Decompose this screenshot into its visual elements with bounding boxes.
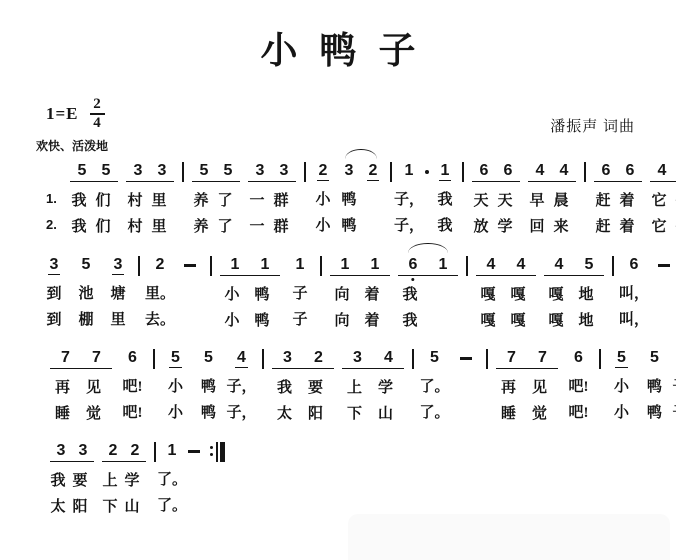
notes: 5 — [606, 349, 637, 368]
beamed-notes: 55 — [192, 162, 240, 182]
note: 6 — [398, 256, 428, 275]
notes: 6 — [619, 256, 676, 275]
note-number: 2 — [107, 442, 120, 460]
notes: 1 — [161, 442, 205, 461]
lyric-syllable: 早 — [525, 191, 549, 212]
lyric-line-2: 到 — [39, 310, 69, 331]
lyric-syllable: 下 — [339, 404, 370, 425]
note: 7 — [496, 349, 527, 368]
beamed-notes: 55 — [70, 162, 118, 182]
lyric-syllable: 鸭 — [247, 311, 277, 332]
beamed-notes: 44 — [528, 162, 576, 182]
dash-note — [175, 256, 205, 275]
lyric-syllable: 睡 — [47, 404, 78, 425]
notes: 6 — [563, 349, 594, 368]
tempo-marking: 欢快、活泼地 — [36, 137, 108, 154]
lyric-syllable: 一 — [245, 217, 269, 238]
note-number: 6 — [572, 349, 585, 367]
beamed-notes: 34 — [342, 349, 404, 369]
lyric-syllable: 小 — [606, 377, 637, 398]
note-group: 5鸭鸭 — [193, 349, 224, 424]
note: 1 — [397, 162, 421, 181]
note-number: 5 — [76, 162, 89, 180]
beamed-notes: 77 — [496, 349, 558, 369]
lyric-line-1: 鸭 — [193, 377, 224, 398]
barline — [612, 256, 614, 276]
lyric-line-2: 鸭 — [337, 216, 385, 237]
lyric-line-2: 子 — [285, 310, 315, 331]
note: 7 — [81, 349, 112, 368]
lyric-line-1: 小 — [311, 190, 335, 211]
note-number: 3 — [77, 442, 90, 460]
lyric-syllable: 上 — [339, 378, 370, 399]
dash-note — [450, 349, 481, 368]
lyric-line-2: 村里 — [123, 217, 177, 238]
notation-system-4: 33我要太阳22上学下山1了。了。 — [46, 442, 225, 518]
notes: 32 — [337, 162, 385, 181]
lyric-line-1: 池 — [71, 284, 101, 305]
lyric-syllable: 山 — [121, 497, 143, 518]
note: 5 — [192, 162, 216, 181]
notes: 11 — [397, 162, 457, 181]
lyric-syllable — [175, 284, 205, 305]
beamed-notes: 66 — [594, 162, 642, 182]
lyric-syllable: 小 — [311, 216, 335, 237]
lyric-line-2: 里 — [103, 310, 133, 331]
note-number: 3 — [55, 442, 68, 460]
note: 3 — [272, 162, 296, 181]
lyric-line-1: 再见 — [493, 378, 561, 399]
note: 2 — [102, 442, 124, 461]
lyric-syllable: 鸭 — [639, 377, 670, 398]
lyric-line-1: 小鸭 — [217, 285, 283, 306]
lyric-syllable: 村 — [123, 217, 147, 238]
lyric-line-1: 子 — [285, 284, 315, 305]
note-number: 3 — [278, 162, 291, 180]
dash-note — [649, 256, 676, 275]
lyric-syllable: 着 — [615, 217, 639, 238]
lyric-syllable: 嘎 — [541, 285, 571, 306]
note-group: 5小小 — [160, 349, 191, 424]
lyric-line-2: 放学 — [469, 217, 523, 238]
lyric-syllable: 天 — [493, 191, 517, 212]
lyric-line-2: 我们 — [67, 217, 121, 238]
lyric-line-2: 下山 — [99, 497, 149, 518]
lyric-syllable: 子， — [226, 377, 257, 398]
note: 2 — [361, 162, 385, 181]
lyric-syllable — [450, 377, 481, 398]
lyric-syllable: 向 — [327, 285, 357, 306]
note-group: 32我要太阳 — [269, 349, 337, 425]
lyric-line-1: 村里 — [123, 191, 177, 212]
notes: 4 — [226, 349, 257, 368]
lyric-syllable: 里。 — [145, 284, 175, 305]
note-group: 55养了养了 — [189, 162, 243, 238]
lyric-syllable: 一 — [245, 191, 269, 212]
lyric-syllable: 学 — [370, 378, 401, 399]
note: 4 — [528, 162, 552, 181]
lyric-line-2: 太阳 — [47, 497, 97, 518]
note-number: 3 — [343, 162, 356, 180]
note-group: 44早晨回来 — [525, 162, 579, 238]
lyric-syllable — [450, 403, 481, 424]
note-number: 2 — [312, 349, 325, 367]
lyric-line-1: 养了 — [189, 191, 243, 212]
note-number: 5 — [222, 162, 235, 180]
notes: 2 — [311, 162, 335, 181]
barline — [599, 349, 601, 369]
note-group: 61我我 — [395, 256, 461, 332]
lyric-line-2: 棚 — [71, 310, 101, 331]
lyric-syllable: 池 — [71, 284, 101, 305]
lyric-syllable: 见 — [524, 378, 555, 399]
note-group: 1子子 — [285, 256, 315, 331]
note-number: 6 — [600, 162, 613, 180]
note: 2 — [311, 162, 335, 181]
lyric-syllable: 见 — [78, 378, 109, 399]
barline — [153, 349, 155, 369]
lyric-line-2: 小 — [160, 403, 191, 424]
lyric-line-2: 叫， — [619, 310, 676, 331]
notes: 5 — [639, 349, 670, 368]
note-number: 3 — [254, 162, 267, 180]
lyric-syllable: 它 — [647, 191, 671, 212]
lyric-syllable: 上 — [99, 471, 121, 492]
lyric-syllable — [425, 285, 455, 306]
lyric-line-1: 里。 — [145, 284, 205, 305]
note: 2 — [124, 442, 146, 461]
barline — [462, 162, 464, 182]
lyric-syllable: 棚 — [71, 310, 101, 331]
note: 3 — [39, 256, 69, 275]
note-number: 1 — [437, 256, 450, 274]
note-group: 1了。了。 — [161, 442, 205, 517]
note: 3 — [342, 349, 373, 368]
note-group: 5小小 — [606, 349, 637, 424]
note-group: 55我们我们 — [67, 162, 121, 238]
lyric-syllable: 子， — [397, 190, 421, 211]
note-group: 2小小 — [311, 162, 335, 237]
note-group: 77再见睡觉 — [493, 349, 561, 425]
lyric-syllable: 鸭 — [337, 190, 361, 211]
lyric-syllable: 学 — [121, 471, 143, 492]
lyric-line-2: 去。 — [145, 310, 205, 331]
barline — [320, 256, 322, 276]
note: 6 — [563, 349, 594, 368]
lyric-line-2: 嘎嘎 — [473, 311, 539, 332]
scan-artifact — [348, 514, 670, 560]
note-number: 3 — [132, 162, 145, 180]
lyric-line-2: 回来 — [525, 217, 579, 238]
lyric-line-1: 塘 — [103, 284, 133, 305]
lyric-syllable: 我 — [67, 191, 91, 212]
lyric-line-1: 小 — [606, 377, 637, 398]
notation-system-2: 3到到5池棚3塘里2里。去。11小鸭小鸭1子子11向着向着61我我44嘎嘎嘎嘎4… — [38, 256, 676, 332]
beamed-notes: 33 — [50, 442, 94, 462]
barline — [210, 256, 212, 276]
lyric-syllable: 们 — [671, 217, 676, 238]
beamed-notes: 33 — [248, 162, 296, 182]
barline — [390, 162, 392, 182]
lyric-syllable: 向 — [327, 311, 357, 332]
lyric-line-1: 了。 — [419, 377, 481, 398]
note-number: 6 — [502, 162, 515, 180]
thin-barline — [216, 442, 218, 462]
note: 2 — [145, 256, 175, 275]
note-group: 34上学下山 — [339, 349, 407, 425]
lyric-syllable: 鸭 — [193, 403, 224, 424]
lyric-syllable — [425, 311, 455, 332]
note: 4 — [506, 256, 536, 275]
dash-glyph — [658, 264, 670, 267]
note: 4 — [373, 349, 404, 368]
lyric-line-1: 上学 — [99, 471, 149, 492]
lyric-syllable: 小 — [311, 190, 335, 211]
lyric-line-2: 它们 — [647, 217, 676, 238]
beamed-notes: 11 — [220, 256, 280, 276]
note: 1 — [433, 162, 457, 181]
dot-glyph — [425, 170, 429, 174]
note-group: 6吧!吧! — [563, 349, 594, 424]
note-number: 4 — [485, 256, 498, 274]
beamed-notes: 44 — [650, 162, 676, 182]
note-number: 4 — [235, 349, 248, 368]
note-group: 6吧!吧! — [117, 349, 148, 424]
note-group: 3塘里 — [103, 256, 133, 331]
barline — [304, 162, 306, 182]
note: 4 — [544, 256, 574, 275]
note-number: 2 — [367, 162, 380, 181]
note-number: 1 — [166, 442, 179, 460]
note-number: 3 — [156, 162, 169, 180]
dash-glyph — [184, 264, 196, 267]
lyric-syllable — [421, 216, 433, 237]
lyric-line-1: 再见 — [47, 378, 115, 399]
barline — [182, 162, 184, 182]
lyric-line-1: 鸭 — [639, 377, 670, 398]
slur — [345, 149, 377, 159]
lyric-syllable: 们 — [91, 217, 115, 238]
lyric-line-1: 子， — [672, 377, 676, 398]
lyric-line-2: 嘎地 — [541, 311, 607, 332]
notation-system-1: 55我们我们33村里村里55养了养了33一群一群2小小32鸭鸭11子，我子，我6… — [66, 162, 676, 238]
lyric-syllable: 我 — [433, 190, 457, 211]
note: 4 — [476, 256, 506, 275]
notes: 6 — [117, 349, 148, 368]
barline — [138, 256, 140, 276]
lyric-syllable — [175, 310, 205, 331]
notes: 3 — [39, 256, 69, 275]
notes: 5 — [160, 349, 191, 368]
lyric-line-1: 小 — [160, 377, 191, 398]
key-signature: 1=E — [46, 104, 79, 124]
lyric-syllable: 小 — [160, 403, 191, 424]
lyric-syllable: 吧! — [117, 403, 148, 424]
note-group: 45嘎地嘎地 — [541, 256, 607, 332]
lyric-line-1: 它们 — [647, 191, 676, 212]
note: 3 — [248, 162, 272, 181]
lyric-syllable: 晨 — [549, 191, 573, 212]
lyric-syllable: 鸭 — [193, 377, 224, 398]
lyric-line-2: 下山 — [339, 404, 407, 425]
lyric-syllable: 着 — [357, 285, 387, 306]
note-number: 6 — [126, 349, 139, 367]
note-group: 33村里村里 — [123, 162, 177, 238]
lyric-syllable: 养 — [189, 191, 213, 212]
note-group: 5了。了。 — [419, 349, 481, 424]
lyric-line-1: 向着 — [327, 285, 393, 306]
lyric-line-1: 我们 — [67, 191, 121, 212]
note-number: 5 — [583, 256, 596, 274]
note: 5 — [160, 349, 191, 368]
note-number: 5 — [169, 349, 182, 368]
note-number: 4 — [534, 162, 547, 180]
lyric-line-1: 叫， — [619, 284, 676, 305]
note-group: 5鸭鸭 — [639, 349, 670, 424]
repeat-end-barline — [210, 442, 225, 462]
lyric-syllable: 们 — [671, 191, 676, 212]
lyric-line-2: 小鸭 — [217, 311, 283, 332]
lyric-syllable: 要 — [69, 471, 91, 492]
note: 7 — [50, 349, 81, 368]
note: 3 — [103, 256, 133, 275]
note: 5 — [606, 349, 637, 368]
note-number: 5 — [198, 162, 211, 180]
note-number: 1 — [259, 256, 272, 274]
thick-barline — [220, 442, 225, 462]
lyric-syllable: 群 — [269, 191, 293, 212]
note-number: 3 — [48, 256, 61, 275]
lyric-syllable: 了。 — [419, 377, 450, 398]
note: 6 — [618, 162, 642, 181]
note-group: 77再见睡觉 — [47, 349, 115, 425]
beamed-notes: 11 — [330, 256, 390, 276]
lyric-syllable — [183, 496, 205, 517]
note: 5 — [193, 349, 224, 368]
lyric-syllable: 嘎 — [503, 311, 533, 332]
note-group: 3到到 — [39, 256, 69, 331]
lyric-syllable: 里 — [147, 191, 171, 212]
note: 6 — [496, 162, 520, 181]
lyric-syllable: 子， — [672, 403, 676, 424]
lyric-line-1: 子，我 — [397, 190, 457, 211]
note: 5 — [574, 256, 604, 275]
note-number: 5 — [100, 162, 113, 180]
beamed-notes: 77 — [50, 349, 112, 369]
lyric-syllable: 觉 — [78, 404, 109, 425]
lyric-syllable: 回 — [525, 217, 549, 238]
note-number: 6 — [628, 256, 641, 274]
note-number: 6 — [407, 256, 420, 274]
low-octave-dot — [411, 278, 414, 281]
lyric-line-1: 赶着 — [591, 191, 645, 212]
lyric-syllable: 它 — [647, 217, 671, 238]
note: 4 — [650, 162, 674, 181]
lyric-syllable: 吧! — [117, 377, 148, 398]
lyric-syllable: 觉 — [524, 404, 555, 425]
note-number: 2 — [317, 162, 330, 181]
composer-credit: 潘振声 词曲 — [550, 115, 635, 136]
note: 5 — [419, 349, 450, 368]
barline — [584, 162, 586, 182]
notes: 3 — [103, 256, 133, 275]
lyric-line-2: 小 — [606, 403, 637, 424]
repeat-dot — [210, 446, 213, 449]
note: 6 — [619, 256, 649, 275]
lyric-syllable: 们 — [91, 191, 115, 212]
note-number: 1 — [229, 256, 242, 274]
notes: 5 — [193, 349, 224, 368]
lyric-line-2: 了。 — [419, 403, 481, 424]
note-group: 66天天放学 — [469, 162, 523, 238]
note-number: 4 — [382, 349, 395, 367]
lyric-syllable: 着 — [615, 191, 639, 212]
lyric-syllable: 嘎 — [503, 285, 533, 306]
lyric-syllable — [183, 470, 205, 491]
lyric-line-2: 太阳 — [269, 404, 337, 425]
note-number: 4 — [656, 162, 669, 180]
lyric-syllable: 我 — [395, 285, 425, 306]
note-number: 4 — [558, 162, 571, 180]
lyric-syllable: 了。 — [161, 470, 183, 491]
beamed-notes: 32 — [272, 349, 334, 369]
barline — [154, 442, 156, 462]
note-number: 2 — [154, 256, 167, 274]
lyric-syllable — [649, 284, 676, 305]
lyric-syllable: 村 — [123, 191, 147, 212]
slur — [408, 243, 448, 253]
lyric-syllable: 赶 — [591, 217, 615, 238]
beamed-notes: 33 — [126, 162, 174, 182]
note: 3 — [72, 442, 94, 461]
lyric-syllable: 我 — [47, 471, 69, 492]
note-group: 44它们它们 — [647, 162, 676, 238]
lyric-syllable: 养 — [189, 217, 213, 238]
note-group: 4子，子， — [672, 349, 676, 424]
lyric-syllable: 了 — [213, 191, 237, 212]
note-number: 3 — [112, 256, 125, 275]
lyric-syllable: 我 — [269, 378, 300, 399]
note-number: 5 — [615, 349, 628, 368]
lyric-syllable: 子， — [397, 216, 421, 237]
lyric-syllable: 着 — [357, 311, 387, 332]
lyric-line-1: 上学 — [339, 378, 407, 399]
note-number: 1 — [339, 256, 352, 274]
note-number: 7 — [59, 349, 72, 367]
lyric-line-2: 向着 — [327, 311, 393, 332]
lyric-line-2: 养了 — [189, 217, 243, 238]
note: 1 — [330, 256, 360, 275]
note: 5 — [94, 162, 118, 181]
note-group: 6叫，叫， — [619, 256, 676, 331]
barline — [486, 349, 488, 369]
note-number: 6 — [478, 162, 491, 180]
lyric-line-1: 鸭 — [337, 190, 385, 211]
beamed-notes: 22 — [102, 442, 146, 462]
note-number: 7 — [536, 349, 549, 367]
lyric-syllable: 我 — [433, 216, 457, 237]
lyric-syllable: 放 — [469, 217, 493, 238]
note-group: 33我要太阳 — [47, 442, 97, 518]
note-number: 5 — [202, 349, 215, 367]
lyric-line-2: 了。 — [161, 496, 205, 517]
lyric-syllable: 鸭 — [337, 216, 361, 237]
note: 6 — [117, 349, 148, 368]
time-signature: 2 4 — [90, 96, 105, 132]
lyric-syllable: 到 — [39, 284, 69, 305]
note-group: 4子，子， — [226, 349, 257, 424]
lyric-line-1: 吧! — [563, 377, 594, 398]
